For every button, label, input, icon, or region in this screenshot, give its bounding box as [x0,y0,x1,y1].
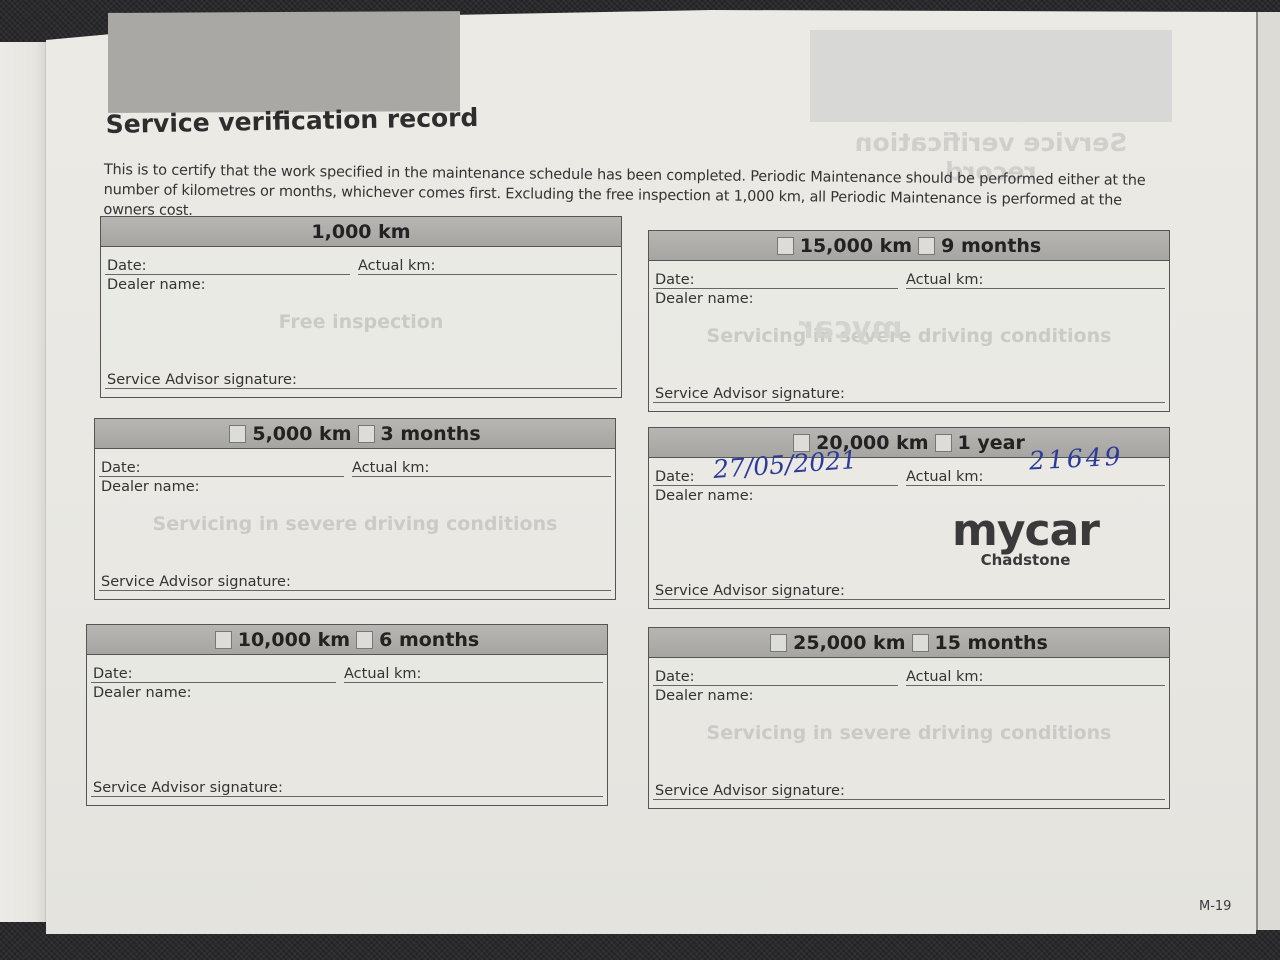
date-field[interactable]: Date: [99,460,344,477]
left-page-edge [0,42,46,922]
service-advisor-signature-field[interactable]: Service Advisor signature: [653,583,1165,600]
date-km-row: Date:Actual km: [653,664,1165,686]
interval-km: 15,000 km [800,235,912,257]
dealer-name-label: Dealer name: [655,688,754,704]
bleedthrough-header-band [810,30,1172,122]
dealer-stamp-brand: mycar [952,510,1099,552]
actual-km-label: Actual km: [906,469,983,485]
actual-km-field[interactable]: Actual km: [344,666,603,683]
date-km-row: Date:Actual km: [99,455,611,477]
dealer-name-label: Dealer name: [655,488,754,504]
handwritten-actual-km: 21649 [1028,442,1124,476]
period-checkbox[interactable] [935,434,952,452]
interval-km: 10,000 km [238,629,350,651]
period-checkbox[interactable] [912,634,929,652]
interval-period: 9 months [941,235,1041,257]
interval-period: 3 months [381,423,481,445]
header-band [108,11,460,113]
date-label: Date: [101,460,141,476]
date-label: Date: [655,469,695,485]
actual-km-field[interactable]: Actual km: [906,669,1165,686]
period-checkbox[interactable] [356,631,373,649]
dealer-stamp: mycarChadstone [952,510,1099,568]
date-label: Date: [107,258,147,274]
service-interval-header: 10,000 km6 months [87,625,607,655]
service-interval-header: 25,000 km15 months [649,628,1169,658]
signature-label: Service Advisor signature: [93,780,283,796]
dealer-name-label: Dealer name: [93,685,192,701]
signature-label: Service Advisor signature: [101,574,291,590]
right-page-edge [1256,12,1280,930]
signature-label: Service Advisor signature: [655,783,845,799]
km-checkbox[interactable] [770,634,787,652]
dealer-name-label: Dealer name: [101,479,200,495]
signature-label: Service Advisor signature: [107,372,297,388]
service-box-25000km: 25,000 km15 monthsDate:Actual km:Dealer … [648,627,1170,809]
date-label: Date: [655,669,695,685]
service-interval-header: 15,000 km9 months [649,231,1169,261]
bleedthrough-stamp: mycar [799,311,903,346]
interval-km: 1,000 km [311,221,410,243]
service-box-15000km: 15,000 km9 monthsDate:Actual km:Dealer n… [648,230,1170,412]
service-advisor-signature-field[interactable]: Service Advisor signature: [653,783,1165,800]
date-field[interactable]: Date: [91,666,336,683]
actual-km-label: Actual km: [344,666,421,682]
interval-km: 5,000 km [252,423,351,445]
date-km-row: Date:Actual km: [91,661,603,683]
km-checkbox[interactable] [777,237,794,255]
service-advisor-signature-field[interactable]: Service Advisor signature: [105,372,617,389]
dealer-name-label: Dealer name: [655,291,754,307]
actual-km-field[interactable]: Actual km: [358,258,617,275]
service-box-20000km: 20,000 km1 yearDate:Actual km:Dealer nam… [648,427,1170,609]
actual-km-label: Actual km: [906,272,983,288]
service-advisor-signature-field[interactable]: Service Advisor signature: [91,780,603,797]
watermark-text: Servicing in severe driving conditions [95,513,615,535]
date-label: Date: [655,272,695,288]
period-checkbox[interactable] [918,237,935,255]
service-advisor-signature-field[interactable]: Service Advisor signature: [653,386,1165,403]
actual-km-field[interactable]: Actual km: [352,460,611,477]
date-field[interactable]: Date: [105,258,350,275]
date-km-row: Date:Actual km: [653,267,1165,289]
page-number: M-19 [1199,899,1231,914]
signature-label: Service Advisor signature: [655,583,845,599]
service-advisor-signature-field[interactable]: Service Advisor signature: [99,574,611,591]
dealer-name-label: Dealer name: [107,277,206,293]
date-field[interactable]: Date: [653,669,898,686]
interval-period: 1 year [958,432,1025,454]
km-checkbox[interactable] [229,425,246,443]
service-interval-header: 5,000 km3 months [95,419,615,449]
interval-km: 25,000 km [793,632,905,654]
service-interval-header: 1,000 km [101,217,621,247]
actual-km-label: Actual km: [906,669,983,685]
date-label: Date: [93,666,133,682]
date-field[interactable]: Date: [653,272,898,289]
watermark-text: Free inspection [101,311,621,333]
signature-label: Service Advisor signature: [655,386,845,402]
date-km-row: Date:Actual km: [105,253,617,275]
service-box-5000km: 5,000 km3 monthsDate:Actual km:Dealer na… [94,418,616,600]
actual-km-field[interactable]: Actual km: [906,272,1165,289]
km-checkbox[interactable] [215,631,232,649]
interval-period: 15 months [935,632,1048,654]
service-box-10000km: 10,000 km6 monthsDate:Actual km:Dealer n… [86,624,608,806]
interval-period: 6 months [379,629,479,651]
actual-km-label: Actual km: [352,460,429,476]
watermark-text: Servicing in severe driving conditions [649,722,1169,744]
actual-km-label: Actual km: [358,258,435,274]
service-box-1000km: 1,000 kmDate:Actual km:Dealer name:Free … [100,216,622,398]
period-checkbox[interactable] [358,425,375,443]
watermark-text: Servicing in severe driving conditions [649,325,1169,347]
